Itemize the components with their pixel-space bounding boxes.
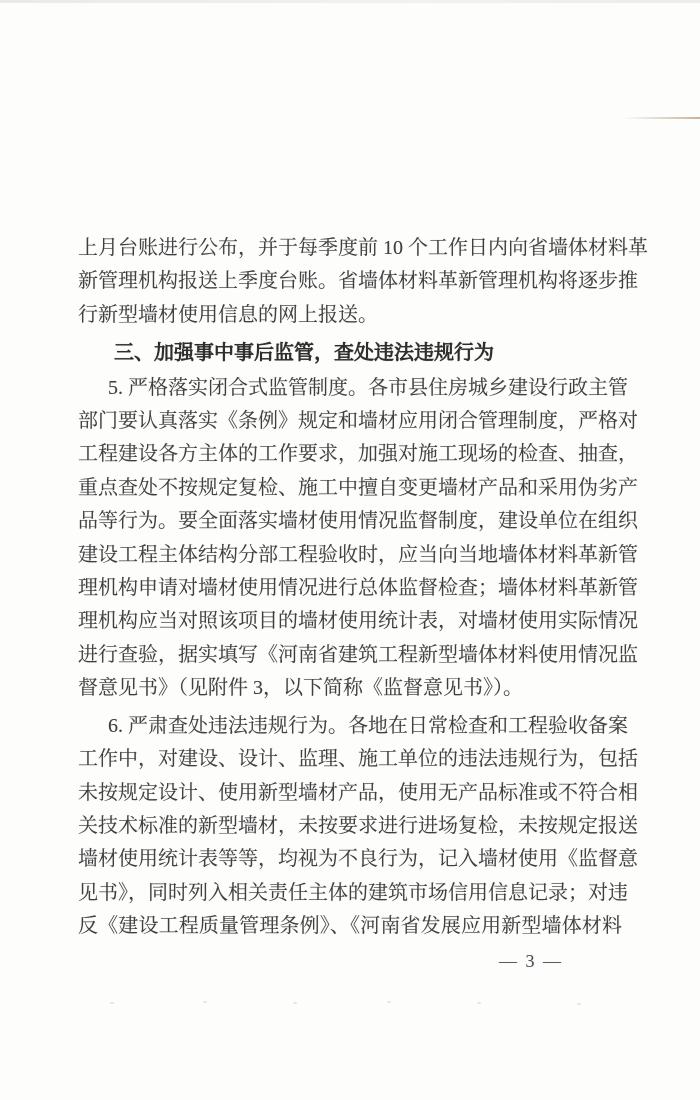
text-line: 行新型墙材使用信息的网上报送。 [78, 299, 622, 332]
page-number: — 3 — [499, 951, 563, 972]
scan-noise [293, 1002, 297, 1004]
text-line: 上月台账进行公布，并于每季度前 10 个工作日内向省墙体材料革 [78, 232, 622, 265]
text-line: 进行查验，据实填写《河南省建筑工程新型墙体材料使用情况监 [78, 639, 622, 672]
text-line: 理机构申请对墙材使用情况进行总体监督检查；墙体材料革新管 [78, 572, 622, 605]
section-heading: 三、加强事中事后监管，查处违法违规行为 [78, 337, 622, 370]
text-line: 品等行为。要全面落实墙材使用情况监督制度，建设单位在组织 [78, 505, 622, 538]
text-line: 关技术标准的新型墙材，未按要求进行进场复检，未按规定报送 [78, 810, 622, 843]
text-line: 建设工程主体结构分部工程验收时，应当向当地墙体材料革新管 [78, 539, 622, 572]
text-line: 反《建设工程质量管理条例》、《河南省发展应用新型墙体材料 [78, 910, 622, 943]
scan-noise [577, 1003, 581, 1005]
scan-artifact-line [622, 117, 700, 119]
scan-noise [203, 1001, 207, 1003]
text-line: 5. 严格落实闭合式监管制度。各市县住房城乡建设行政主管 [78, 372, 622, 405]
document-body: 上月台账进行公布，并于每季度前 10 个工作日内向省墙体材料革 新管理机构报送上… [78, 232, 622, 944]
text-line: 部门要认真落实《条例》规定和墙材应用闭合管理制度，严格对 [78, 405, 622, 438]
text-line: 督意见书》（见附件 3，以下简称《监督意见书》）。 [78, 672, 622, 705]
text-line: 未按规定设计、使用新型墙材产品，使用无产品标准或不符合相 [78, 777, 622, 810]
scan-noise [387, 1001, 391, 1003]
scan-edge-strip [0, 0, 700, 3]
text-line: 6. 严肃查处违法违规行为。各地在日常检查和工程验收备案 [78, 710, 622, 743]
scan-noise [477, 1002, 481, 1004]
scan-noise [110, 1002, 114, 1004]
text-line: 见书》，同时列入相关责任主体的建筑市场信用信息记录；对违 [78, 877, 622, 910]
text-line: 墙材使用统计表等等，均视为不良行为，记入墙材使用《监督意 [78, 843, 622, 876]
text-line: 工程建设各方主体的工作要求，加强对施工现场的检查、抽查， [78, 438, 622, 471]
text-line: 新管理机构报送上季度台账。省墙体材料革新管理机构将逐步推 [78, 265, 622, 298]
text-line: 重点查处不按规定复检、施工中擅自变更墙材产品和采用伪劣产 [78, 472, 622, 505]
text-line: 理机构应当对照该项目的墙材使用统计表，对墙材使用实际情况 [78, 605, 622, 638]
document-page: 上月台账进行公布，并于每季度前 10 个工作日内向省墙体材料革 新管理机构报送上… [0, 0, 700, 1100]
text-line: 工作中，对建设、设计、监理、施工单位的违法违规行为，包括 [78, 743, 622, 776]
